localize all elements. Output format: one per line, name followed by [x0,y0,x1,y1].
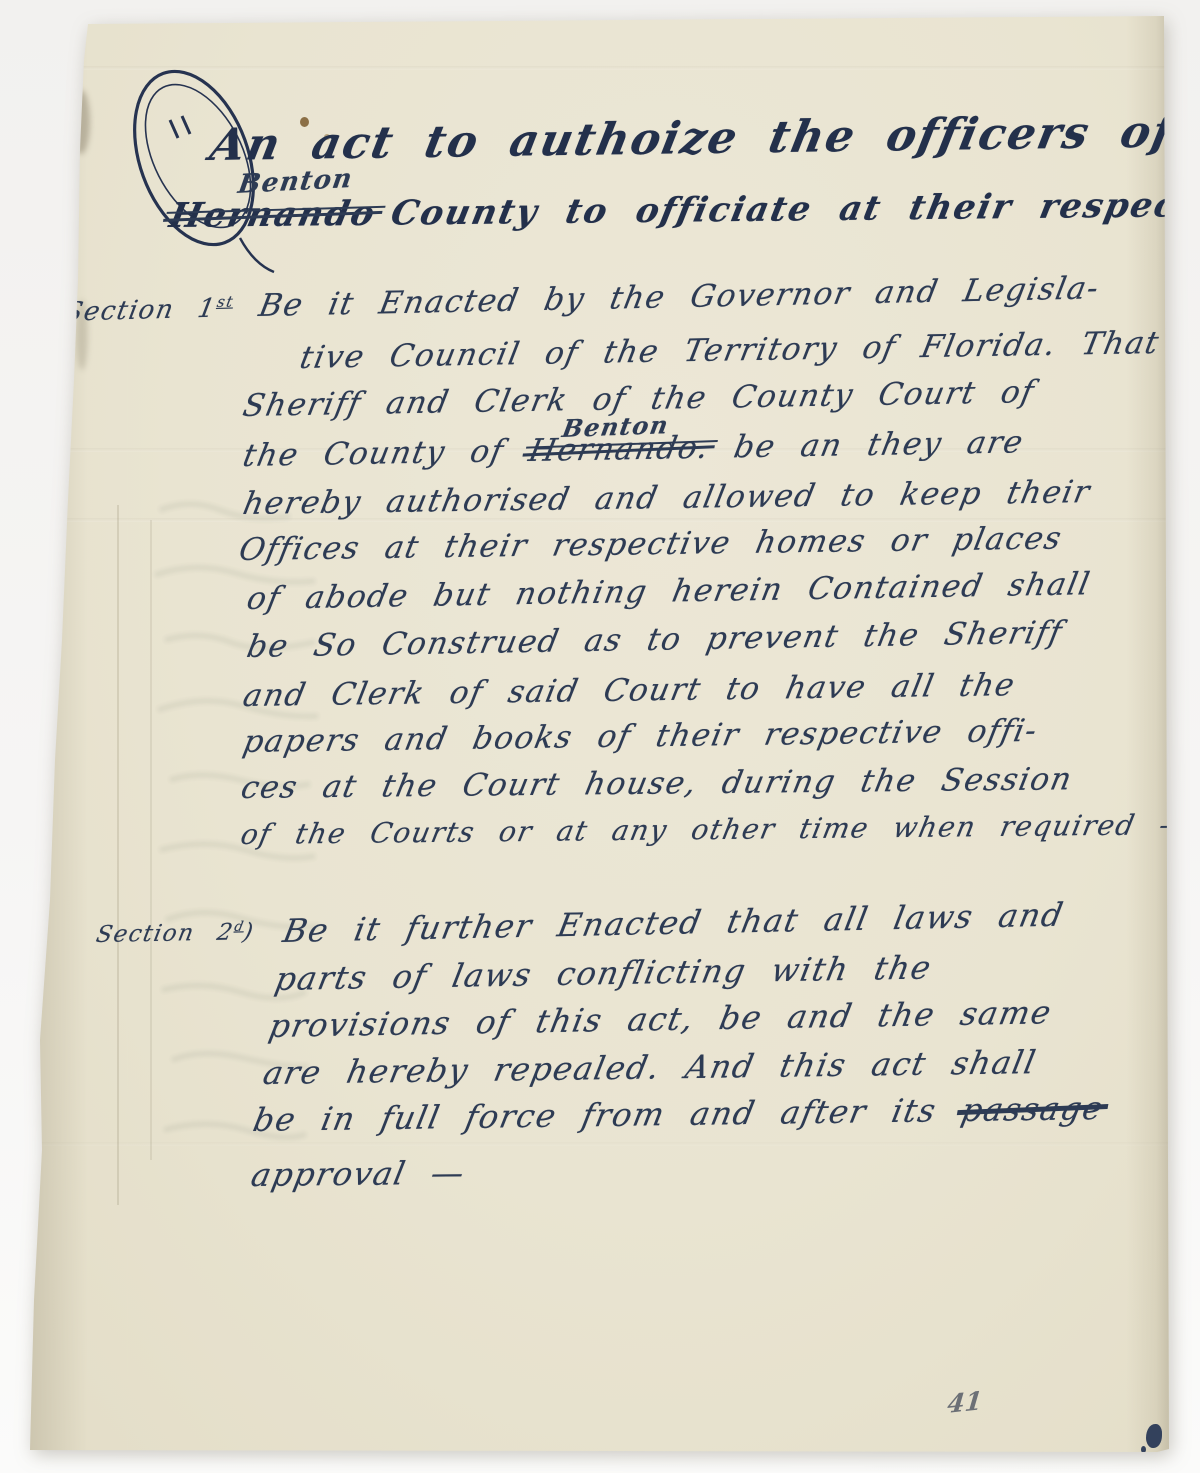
corrected-line-prefix: the County of [240,433,533,474]
section1-line: Be it Enacted by the Governor and Legisl… [256,270,1103,324]
margin-rule [117,505,119,1205]
section2-final-line: approval — [248,1154,469,1194]
scan-background: An act to authoize the officers of Bento… [0,0,1200,1473]
section1-heading-word: Section [62,295,177,328]
title-line-2-rest: County to officiate at their respective … [388,183,1200,234]
ink-blot-drop [1141,1446,1146,1453]
struck-county-name: Hernando. [526,430,713,469]
struck-word-passage: passage [958,1089,1107,1129]
torn-edge-shading [28,20,88,1463]
section1-corrected-line: the County of Hernando. be an they are [240,424,1027,474]
paper-shadow: An act to authoize the officers of Bento… [0,0,1200,1473]
section1-line: ces at the Court house, during the Sessi… [238,761,1076,806]
document-page: An act to authoize the officers of Bento… [0,0,1200,1473]
section2-heading: Section 2d) [94,919,257,948]
page-number: 41 [946,1386,984,1419]
corrected-line-suffix: be an they are [706,424,1027,466]
edge-smudge [72,90,90,154]
section2-heading-word: Section [94,920,197,948]
title-line-1: An act to authoize the officers of [206,106,1178,171]
section1-heading-ordinal: st [216,292,236,311]
section1-line: tive Council of the Territory of Florida… [297,323,1200,376]
section1-heading: Section 1st [62,292,236,327]
struck-county-name: Hernando [166,194,380,236]
